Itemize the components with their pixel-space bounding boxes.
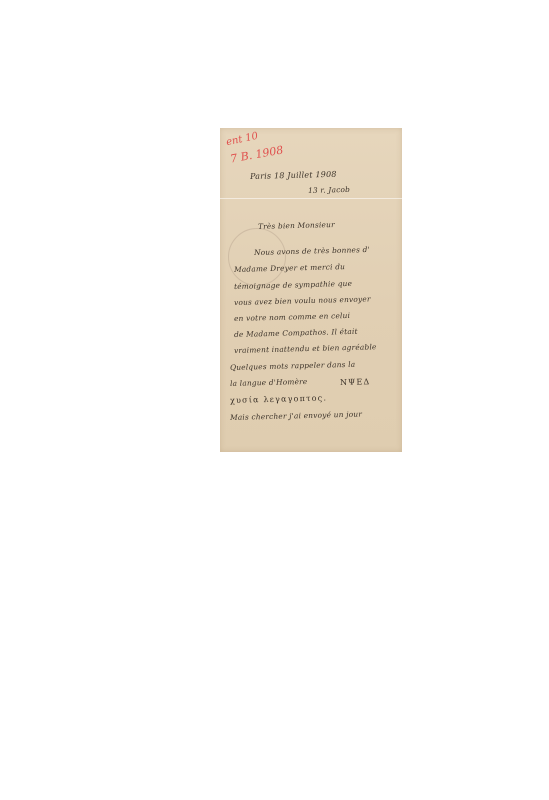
date-line: Paris 18 Juillet 1908: [250, 170, 337, 181]
body-line: témoignage de sympathie que: [234, 279, 352, 291]
greek-fragment: ΝΨΕΔ: [340, 377, 371, 387]
watermark-stamp: [228, 228, 286, 286]
body-line-greek: χυσία λεγαγοπτος.: [230, 393, 327, 405]
red-annotation-1: ent 10: [225, 131, 259, 148]
body-line: Nous avons de très bonnes d': [254, 245, 370, 257]
body-line: en votre nom comme en celui: [234, 311, 350, 323]
address-line: 13 r. Jacob: [308, 185, 350, 195]
body-line: Quelques mots rappeler dans la: [230, 360, 356, 372]
paper-fold-line: [220, 198, 402, 199]
salutation: Très bien Monsieur: [258, 220, 335, 231]
body-line: vous avez bien voulu nous envoyer: [234, 294, 371, 307]
body-line: vraiment inattendu et bien agréable: [234, 342, 377, 355]
body-line: Madame Dreyer et merci du: [234, 262, 345, 274]
body-line: la langue d'Homère: [230, 377, 308, 388]
letter-page: ent 10 7 B. 1908 Paris 18 Juillet 1908 1…: [220, 128, 402, 452]
body-line: Mais chercher j'ai envoyé un jour: [230, 410, 362, 422]
red-annotation-2: 7 B. 1908: [229, 143, 284, 165]
body-line: de Madame Compathos. Il était: [234, 327, 358, 339]
